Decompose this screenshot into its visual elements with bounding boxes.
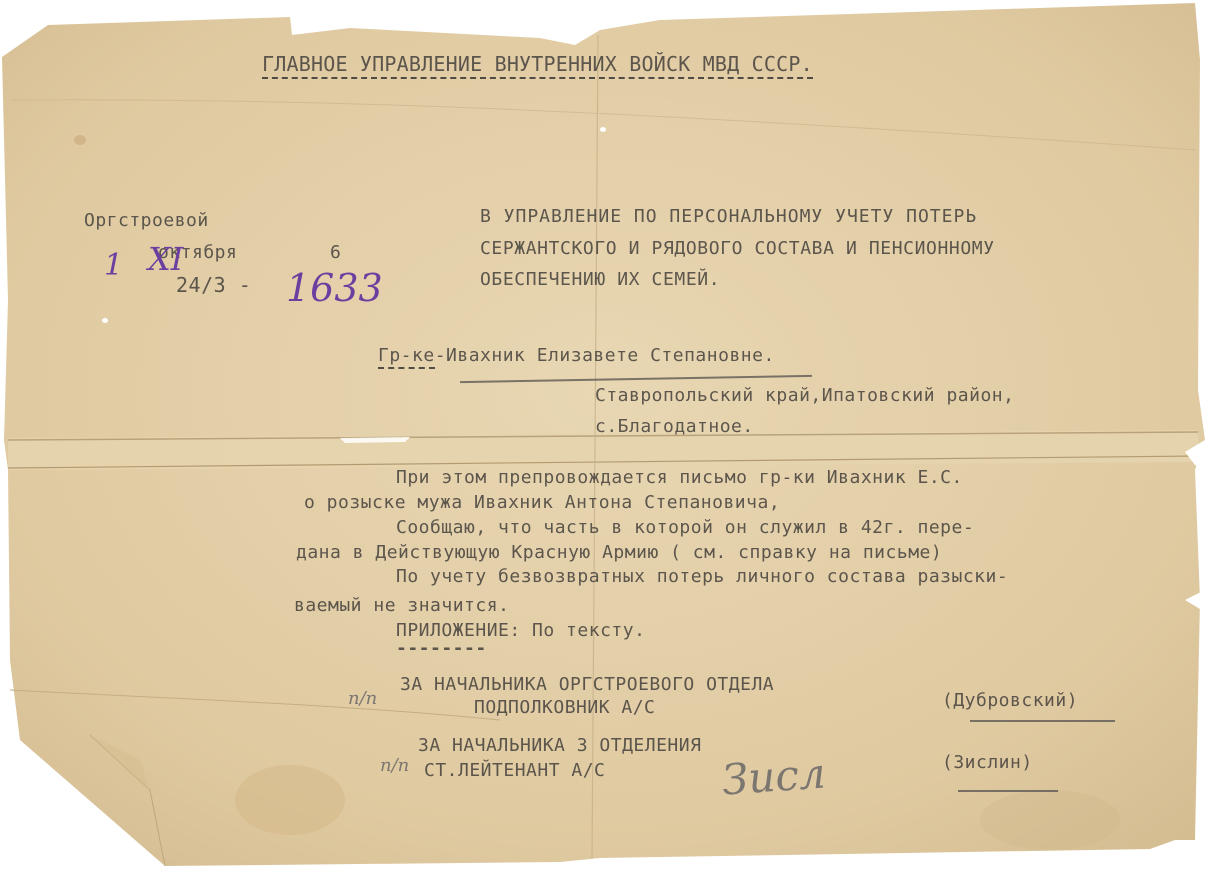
body-line-5: По учету безвозвратных потерь личного со… (396, 566, 1008, 587)
addressee-line-1: В УПРАВЛЕНИЕ ПО ПЕРСОНАЛЬНОМУ УЧЕТУ ПОТЕ… (480, 206, 977, 227)
signature-underline-2 (958, 790, 1058, 792)
signature-mark-2: п/п (380, 755, 409, 776)
signature-title-1a: ЗА НАЧАЛЬНИКА ОРГСТРОЕВОГО ОТДЕЛА (400, 674, 774, 695)
signature-name-1: (Дубровский) (942, 690, 1078, 711)
handwritten-number: 1633 (286, 266, 383, 310)
body-line-1: При этом препровождается письмо гр-ки Ив… (396, 467, 963, 488)
document-sheet: ГЛАВНОЕ УПРАВЛЕНИЕ ВНУТРЕННИХ ВОЙСК МВД … (0, 0, 1205, 869)
recipient-name: -Ивахник Елизавете Степановне. (435, 345, 775, 366)
recipient-line: Гр-ке-Ивахник Елизавете Степановне. (378, 345, 775, 366)
signature-title-2a: ЗА НАЧАЛЬНИКА 3 ОТДЕЛЕНИЯ (418, 735, 701, 756)
addressee-line-3: ОБЕСПЕЧЕНИЮ ИХ СЕМЕЙ. (480, 269, 720, 290)
signature-title-2b: СТ.ЛЕЙТЕНАНТ А/С (424, 760, 605, 781)
addressee-line-2: СЕРЖАНТСКОГО И РЯДОВОГО СОСТАВА И ПЕНСИО… (480, 238, 995, 259)
handwritten-day: 1 (104, 248, 123, 283)
handwritten-signature: Зисл (720, 748, 827, 804)
body-line-6: ваемый не значится. (294, 595, 509, 616)
body-line-3: Сообщаю, что часть в которой он служил в… (396, 517, 974, 538)
body-line-4: дана в Действующую Красную Армию ( см. с… (296, 542, 942, 563)
handwritten-month: XI (148, 240, 183, 278)
signature-mark-1: п/п (348, 688, 377, 709)
signature-name-2: (Зислин) (942, 752, 1033, 773)
signature-underline-1 (970, 720, 1115, 722)
paper-hole (600, 127, 606, 132)
paper-hole (102, 318, 108, 323)
letterhead: ГЛАВНОЕ УПРАВЛЕНИЕ ВНУТРЕННИХ ВОЙСК МВД … (262, 52, 813, 76)
reference-suffix: 6 (330, 242, 341, 263)
department-label: Оргстроевой (84, 210, 209, 231)
body-line-2: о розыске мужа Ивахник Антона Степанович… (304, 492, 780, 513)
reference-index: 24/3 - (176, 273, 251, 297)
letterhead-text: ГЛАВНОЕ УПРАВЛЕНИЕ ВНУТРЕННИХ ВОЙСК МВД … (262, 52, 813, 79)
attachment-underline: -------- (396, 638, 487, 659)
recipient-address-2: с.Благодатное. (595, 416, 754, 437)
signature-title-1b: ПОДПОЛКОВНИК А/С (474, 697, 655, 718)
recipient-prefix: Гр-ке (378, 345, 435, 369)
recipient-address-1: Ставропольский край,Ипатовский район, (595, 385, 1014, 406)
